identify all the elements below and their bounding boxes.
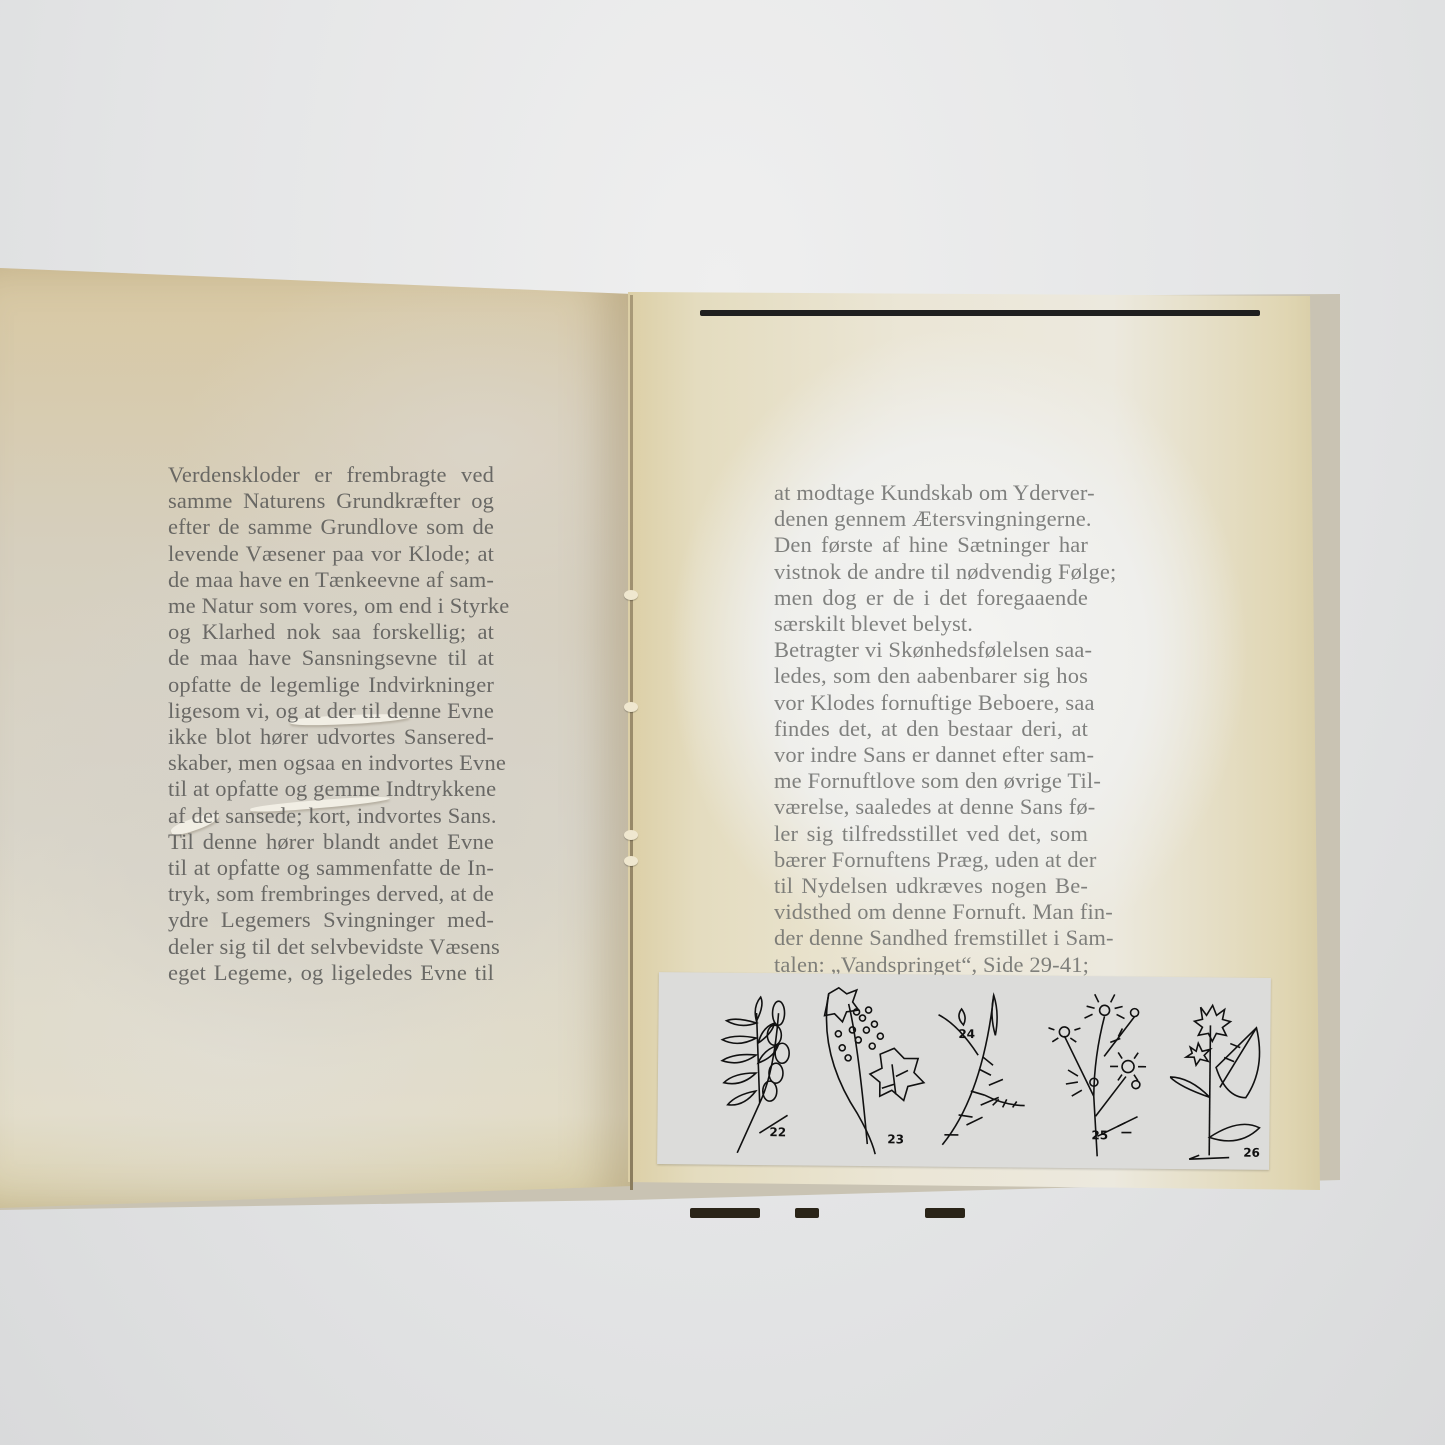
text-line: tryk, som frembringes derved, at de: [168, 881, 494, 907]
text-line: bærer Fornuftens Præg, uden at der: [774, 847, 1088, 873]
text-line: til at opfatte og gemme Indtrykkene: [168, 776, 494, 802]
binding-stitch: [624, 830, 638, 840]
right-page-text: at modtage Kundskab om Yderver- denen ge…: [774, 480, 1088, 1004]
text-line: Verdenskloder er frembragte ved: [168, 462, 494, 488]
text-line: ligesom vi, og at der til denne Evne: [168, 698, 494, 724]
text-line: de maa have en Tænkeevne af sam-: [168, 567, 494, 593]
text-line: ler sig tilfredsstillet ved det, som: [774, 821, 1088, 847]
text-line: opfatte de legemlige Indvirkninger: [168, 672, 494, 698]
text-line: Den første af hine Sætninger har: [774, 532, 1088, 558]
text-line: findes det, at den bestaar deri, at: [774, 716, 1088, 742]
text-line: vor Klodes fornuftige Beboere, saa: [774, 690, 1088, 716]
text-line: me Fornuftlove som den øvrige Til-: [774, 768, 1088, 794]
underlying-page-edge: [795, 1208, 819, 1218]
botanical-illustration-strip: 22 23 24: [657, 972, 1271, 1170]
top-edge-stripe: [700, 310, 1260, 316]
clubmoss-plant-icon: [932, 985, 1034, 1161]
text-line: vistnok de andre til nødvendig Følge;: [774, 559, 1088, 585]
text-line: denen gennem Ætersvingningerne.: [774, 506, 1088, 532]
text-line: til at opfatte og sammenfatte de In-: [168, 855, 494, 881]
text-line: men dog er de i det foregaaende: [774, 585, 1088, 611]
text-line: til Nydelsen udkræves nogen Be-: [774, 873, 1088, 899]
text-line: Til denne hører blandt andet Evne: [168, 829, 494, 855]
text-line: Betragter vi Skønhedsfølelsen saa-: [774, 637, 1088, 663]
binding-stitch: [624, 856, 638, 866]
underlying-page-edge: [690, 1208, 760, 1218]
text-line: værelse, saaledes at denne Sans fø-: [774, 794, 1088, 820]
text-line: af det sansede; kort, indvortes Sans.: [168, 803, 494, 829]
text-line: me Natur som vores, om end i Styrke: [168, 593, 494, 619]
text-line: skaber, men ogsaa en indvortes Evne: [168, 750, 494, 776]
text-line: særskilt blevet belyst.: [774, 611, 1088, 637]
flowering-herb-plant-icon: [1169, 987, 1271, 1163]
left-page-text: Verdenskloder er frembragte ved samme Na…: [168, 462, 494, 986]
text-line: eget Legeme, og ligeledes Evne til: [168, 960, 494, 986]
ivy-plant-icon: [807, 984, 929, 1160]
plant-number-22: 22: [769, 1125, 786, 1139]
text-line: at modtage Kundskab om Yderver-: [774, 480, 1088, 506]
plant-number-25: 25: [1091, 1128, 1108, 1142]
book-spine: [630, 295, 633, 1190]
plant-number-23: 23: [887, 1132, 904, 1146]
underlying-page-edge: [925, 1208, 965, 1218]
text-line: vidsthed om denne Fornuft. Man fin-: [774, 899, 1088, 925]
text-line: levende Væsener paa vor Klode; at: [168, 541, 494, 567]
text-line: ledes, som den aabenbarer sig hos: [774, 663, 1088, 689]
text-line: deler sig til det selvbevidste Væsens: [168, 934, 494, 960]
text-line: der denne Sandhed fremstillet i Sam-: [774, 925, 1088, 951]
text-line: efter de samme Grundlove som de: [168, 514, 494, 540]
binding-stitch: [624, 702, 638, 712]
text-line: vor indre Sans er dannet efter sam-: [774, 742, 1088, 768]
text-line: ikke blot hører udvortes Sansered-: [168, 724, 494, 750]
plant-number-24: 24: [958, 1027, 975, 1041]
binding-stitch: [624, 590, 638, 600]
plant-number-26: 26: [1243, 1146, 1260, 1160]
text-line: ydre Legemers Svingninger med-: [168, 907, 494, 933]
text-line: samme Naturens Grundkræfter og: [168, 488, 494, 514]
text-line: og Klarhed nok saa forskellig; at: [168, 619, 494, 645]
text-line: de maa have Sansningsevne til at: [168, 645, 494, 671]
